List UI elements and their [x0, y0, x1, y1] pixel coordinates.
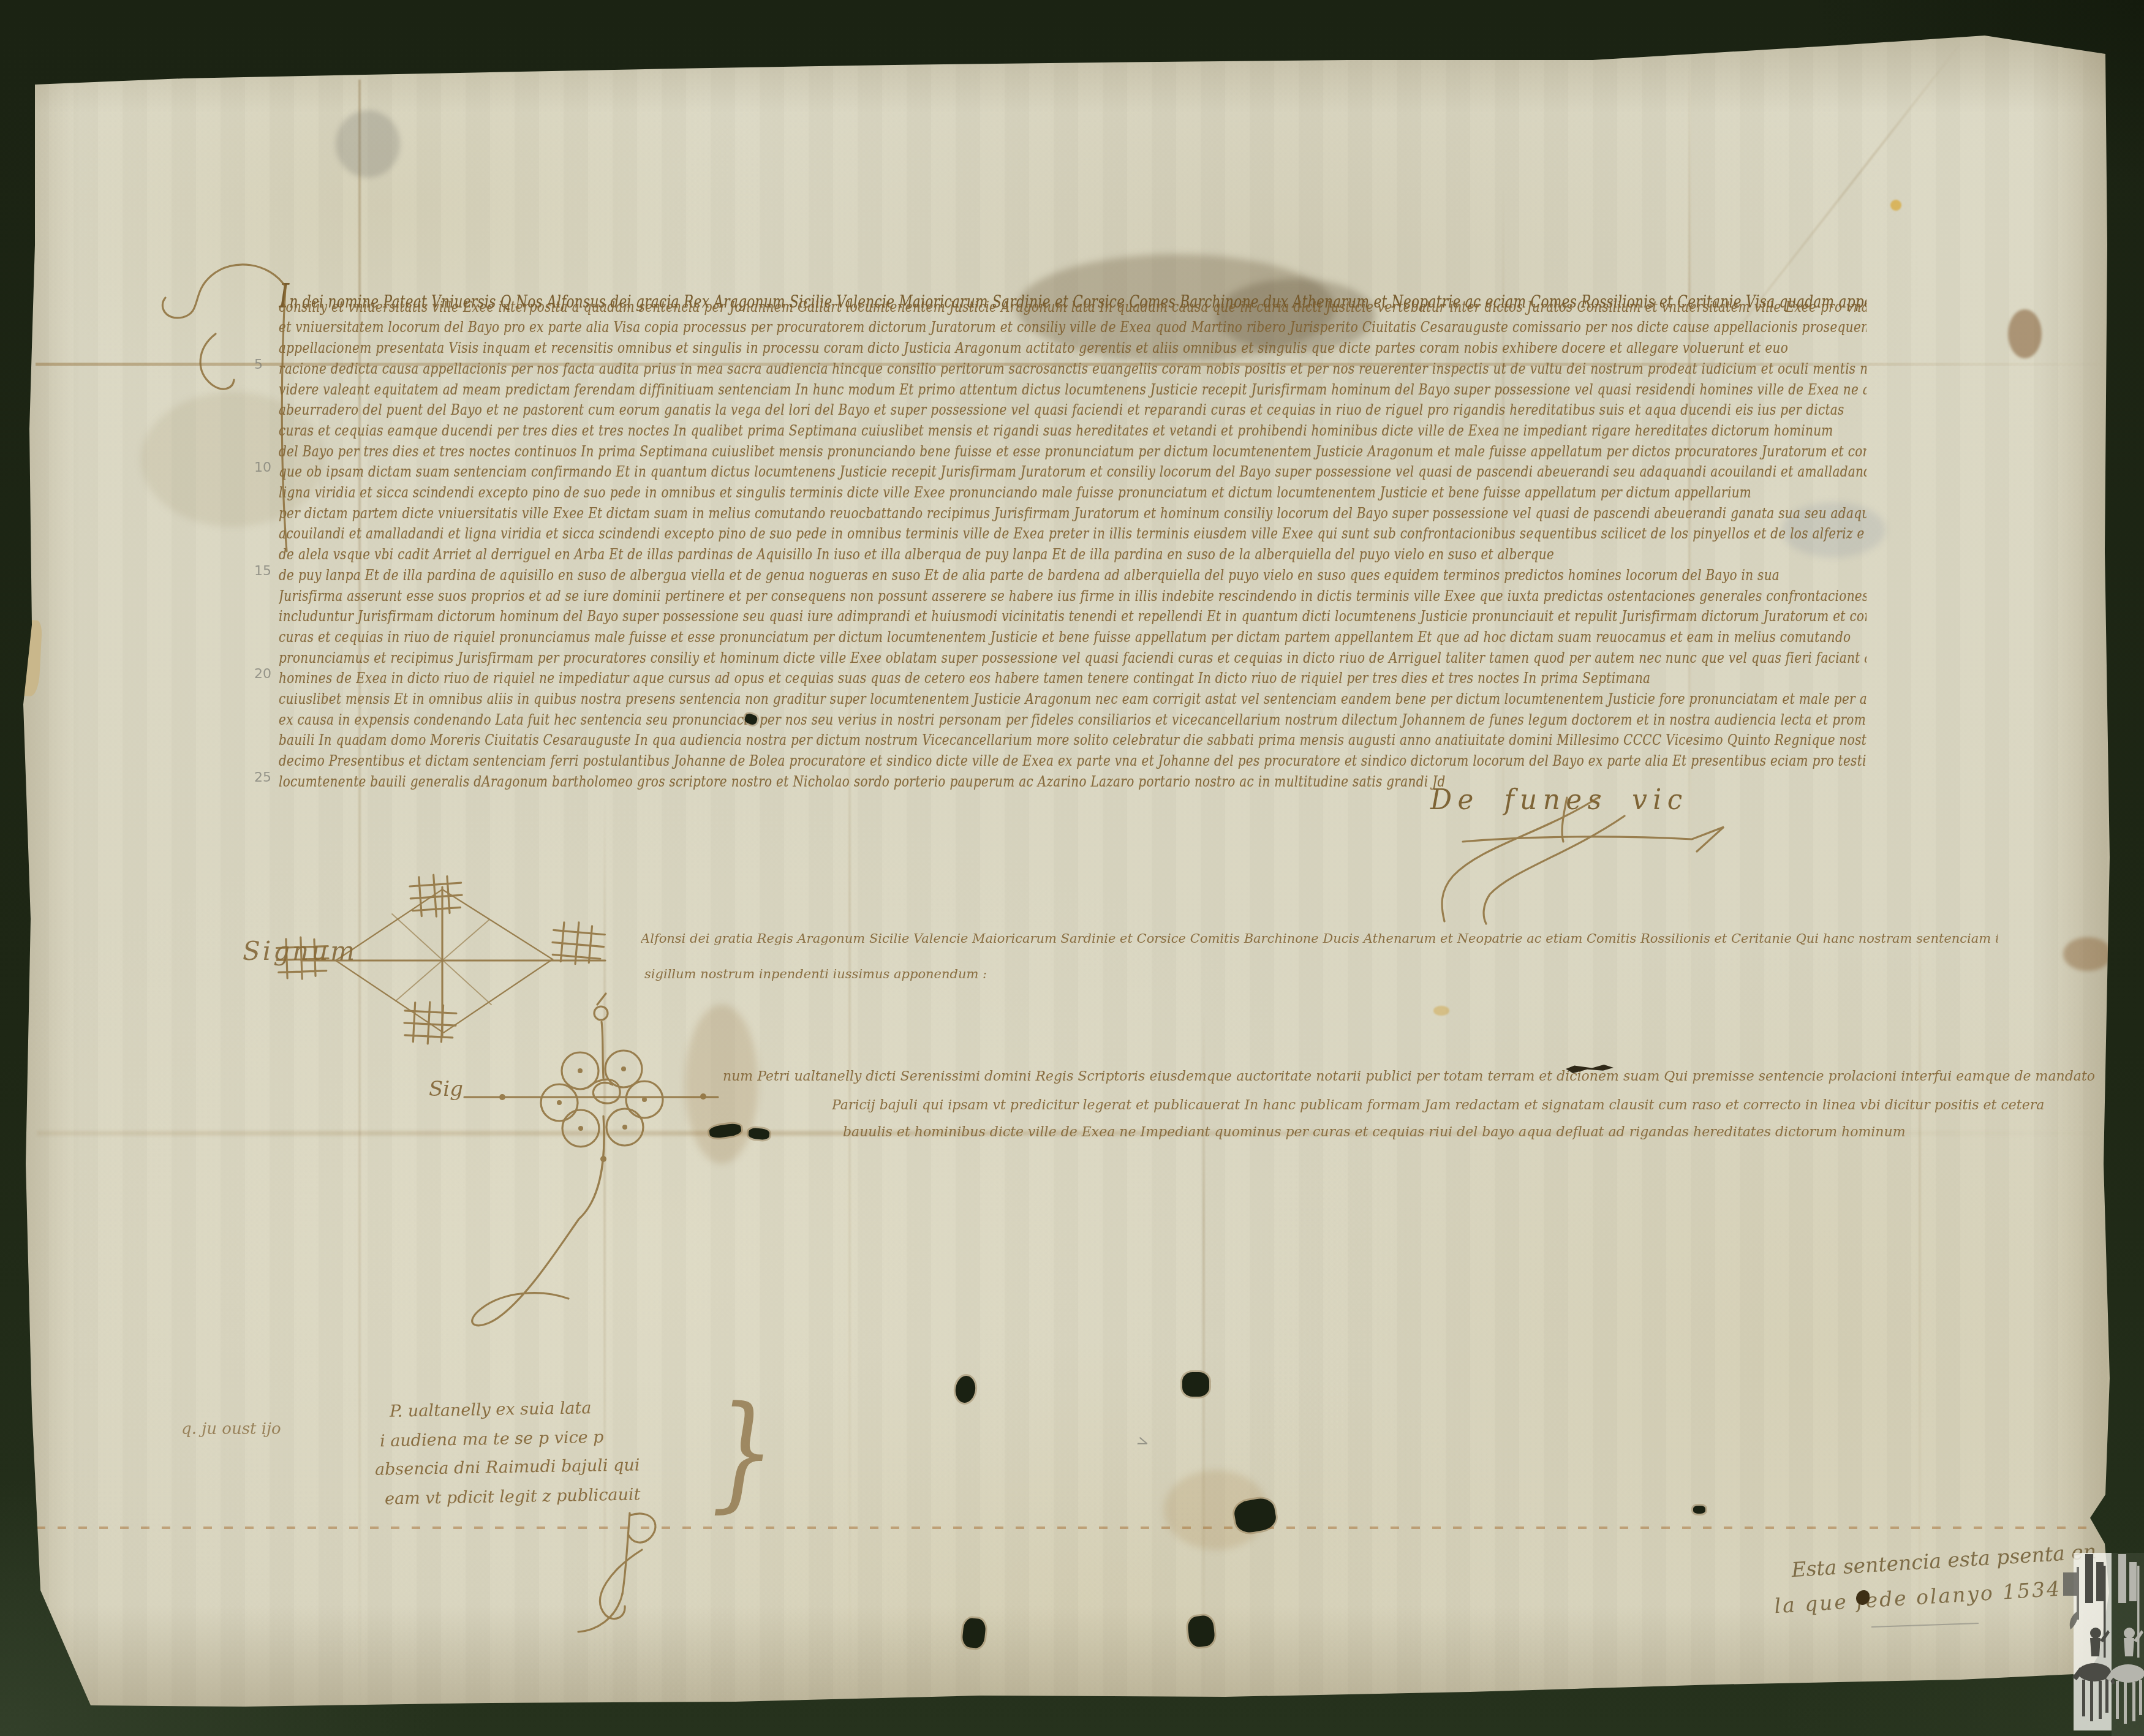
stain — [2063, 937, 2112, 971]
later-date-note-line2: la que fede olanyo 1534 — [1773, 1577, 2062, 1618]
vertical-fold-crease — [1202, 1011, 1205, 1703]
manuscript-line: et vniuersitatem locorum del Bayo pro ex… — [279, 318, 1867, 336]
margin-note-mark: q. ju oust ijo — [181, 1420, 281, 1438]
manuscript-line: ex causa in expensis condenando Lata fui… — [279, 711, 1867, 728]
manuscript-line: homines de Exea in dicto riuo de riquiel… — [279, 669, 1867, 687]
signum-clause-line2: sigillum nostrum inpendenti iussimus app… — [644, 967, 987, 981]
pencil-line-number: 10 — [254, 460, 271, 475]
hole — [1693, 1506, 1705, 1514]
manuscript-line: acouilandi et amalladandi et ligna virid… — [279, 524, 1867, 542]
signum-label: Signum — [243, 936, 357, 966]
yellow-spot — [1890, 200, 1901, 211]
manuscript-line: pronunciamus et recipimus Jurisfirmam pe… — [279, 649, 1867, 666]
hole — [748, 1128, 769, 1141]
pencil-check-mark: > — [1134, 1432, 1152, 1452]
margin-note-line: absencia dni Raimudi bajuli qui — [375, 1455, 640, 1479]
later-date-note-line1: Esta sentencia esta psenta en — [1791, 1539, 2097, 1582]
stain — [2008, 309, 2042, 358]
notarial-sig-word: Sig — [429, 1077, 463, 1101]
margin-note-brace: } — [711, 1379, 775, 1525]
yellow-spot — [1433, 1006, 1449, 1016]
parchment-sheet: In dei nomine Pateat Vniuersis Q Nos Alf… — [0, 0, 2144, 1736]
manuscript-line: de puy lanpa Et de illa pardina de aquis… — [279, 566, 1867, 584]
stain — [685, 1005, 758, 1164]
manuscript-line: consiliy et vniuersitatis ville Exee int… — [279, 298, 1867, 315]
edge-shade-right — [2040, 0, 2113, 1736]
manuscript-line: per dictam partem dicte vniuersitatis vi… — [279, 504, 1867, 522]
hole — [962, 1617, 987, 1649]
manuscript-line: racione dedicta causa appellacionis per … — [279, 360, 1867, 377]
charter-body-text: In dei nomine Pateat Vniuersis Q Nos Alf… — [279, 277, 1871, 816]
horizontal-fold-crease-dotted — [37, 1527, 2104, 1529]
manuscript-line: includuntur Jurisfirmam dictorum hominum… — [279, 607, 1867, 625]
signum-clause-line1: Alfonsi dei gratia Regis Aragonum Sicili… — [641, 931, 1998, 946]
royal-signature: De funes vic — [1430, 783, 1688, 816]
pencil-line-number: 15 — [254, 564, 271, 579]
margin-note-line: i audiena ma te se p vice p — [380, 1428, 604, 1451]
manuscript-line: curas et cequias in riuo de riquiel pron… — [279, 628, 1867, 646]
manuscript-line: que ob ipsam dictam suam sentenciam conf… — [279, 462, 1867, 480]
ink-drawings-overlay — [0, 0, 2144, 1736]
hole — [954, 1375, 977, 1404]
notarial-knot — [464, 994, 718, 1326]
manuscript-line: curas et cequias eamque ducendi per tres… — [279, 421, 1867, 439]
manuscript-line: bauili In quadam domo Moreris Ciuitatis … — [279, 731, 1867, 749]
manuscript-line: del Bayo per tres dies et tres noctes co… — [279, 442, 1867, 460]
manuscript-line: appellacionem presentata Visis inquam et… — [279, 339, 1867, 357]
vertical-fold-crease — [603, 796, 606, 1703]
manuscript-line: cuiuslibet mensis Et in omnibus aliis in… — [279, 690, 1867, 708]
notarial-line-1: num Petri ualtanelly dicti Serenissimi d… — [723, 1069, 2095, 1084]
notarial-line-2: Paricij bajuli qui ipsam vt predicitur l… — [832, 1098, 2094, 1113]
margin-note-paraph — [578, 1513, 655, 1632]
manuscript-line: ligna viridia et sicca scindendi excepto… — [279, 483, 1867, 501]
pencil-line-number: 25 — [254, 770, 271, 785]
manuscript-line: de alela vsque vbi cadit Arriet al derri… — [279, 545, 1867, 563]
pencil-line-number: 5 — [254, 357, 263, 372]
pencil-underline — [1871, 1623, 1979, 1628]
manuscript-line: videre valeant equitatem ad meam predict… — [279, 380, 1867, 398]
manuscript-line: abeurradero del puent del Bayo et ne pas… — [279, 401, 1867, 418]
edge-shade-left — [18, 0, 80, 1736]
hole — [1187, 1615, 1216, 1648]
manuscript-line: Jurisfirma asserunt esse suos proprios e… — [279, 587, 1867, 605]
scanned-parchment-page: In dei nomine Pateat Vniuersis Q Nos Alf… — [0, 0, 2144, 1736]
manuscript-line: decimo Presentibus et dictam sentenciam … — [279, 752, 1867, 769]
edge-shade-bottom — [0, 1605, 2144, 1709]
margin-note-line: eam vt pdicit legit z publicauit — [385, 1485, 641, 1508]
hole — [1182, 1372, 1209, 1397]
pencil-smudge — [336, 110, 400, 178]
folded-edge-patch — [12, 619, 42, 696]
edge-shade-top — [0, 34, 2144, 113]
notarial-line-3: bauulis et hominibus dicte ville de Exea… — [843, 1125, 2056, 1140]
vertical-fold-crease — [1919, 888, 1921, 1703]
pencil-line-number: 20 — [254, 666, 271, 682]
margin-note-line: P. ualtanelly ex suia lata — [390, 1398, 592, 1421]
